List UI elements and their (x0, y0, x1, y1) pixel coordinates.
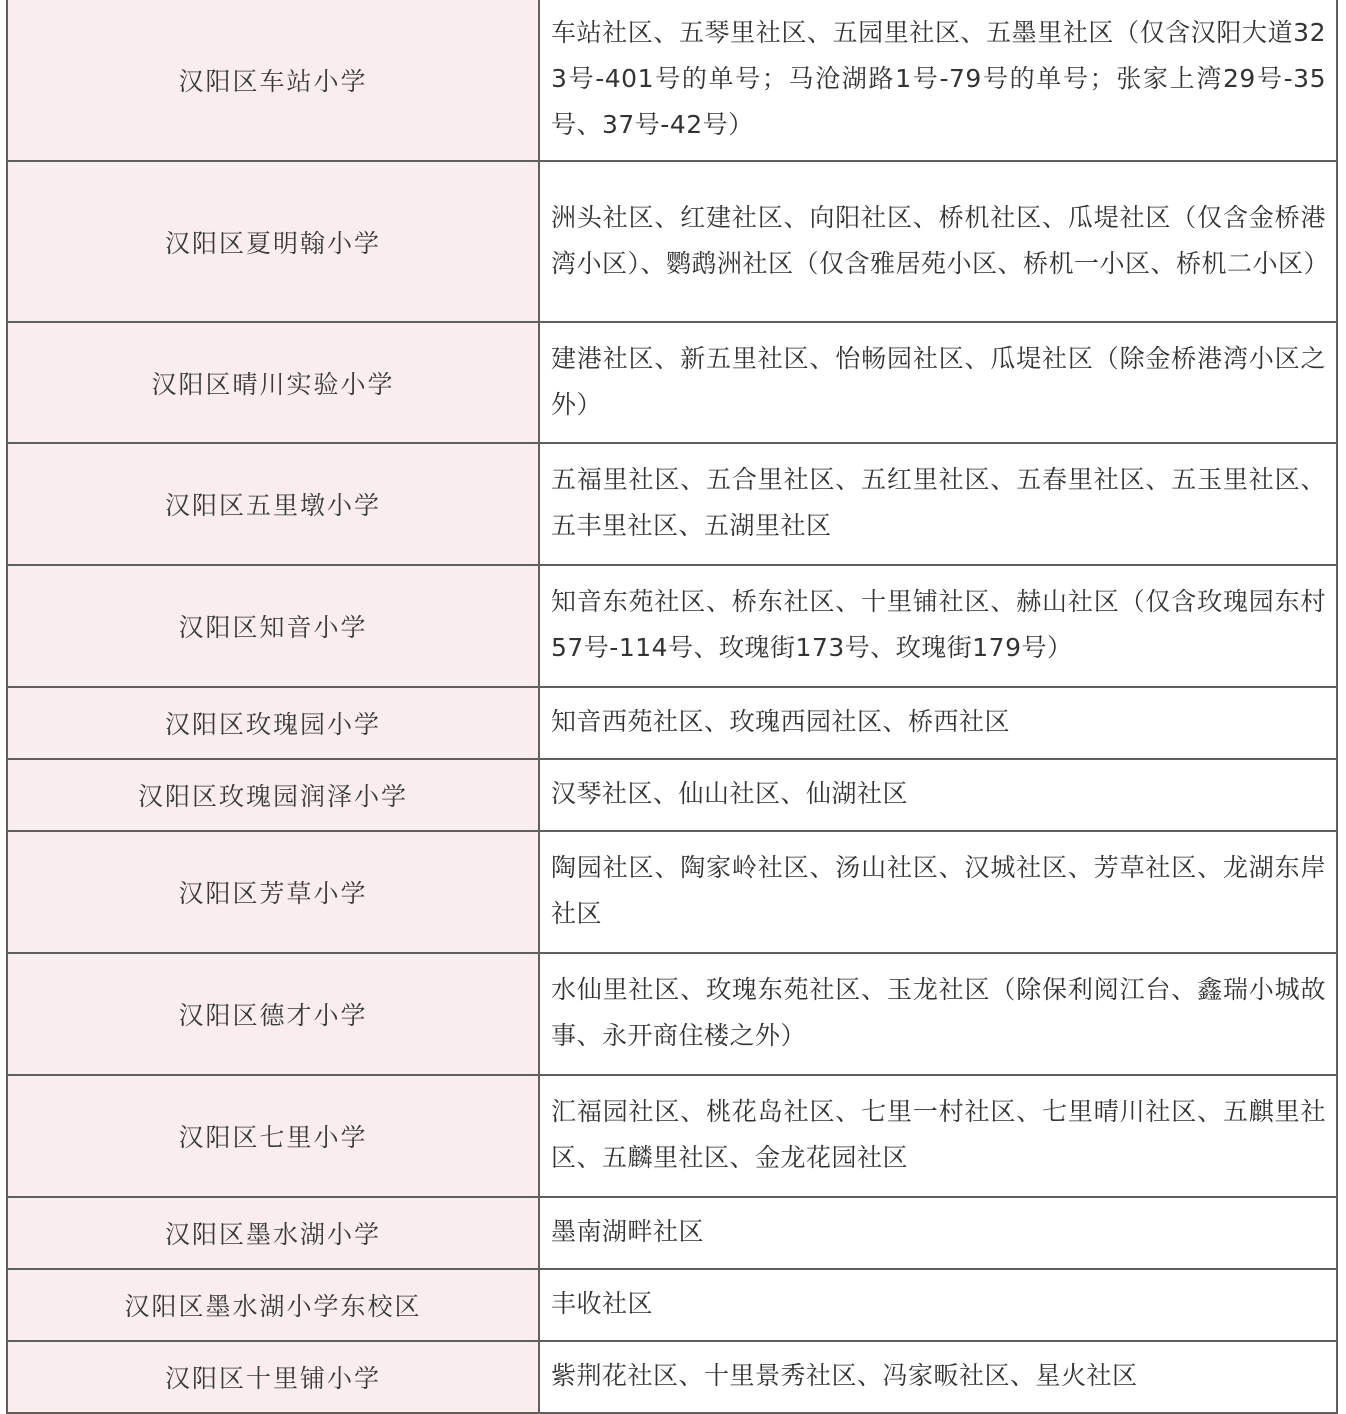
school-name-cell: 汉阳区车站小学 (7, 0, 539, 161)
school-name-cell: 汉阳区知音小学 (7, 565, 539, 687)
table-row: 汉阳区十里铺小学 紫荆花社区、十里景秀社区、冯家畈社区、星火社区 (7, 1341, 1337, 1412)
district-area-cell: 知音西苑社区、玫瑰西园社区、桥西社区 (539, 687, 1337, 759)
district-area-cell: 汇福园社区、桃花岛社区、七里一村社区、七里晴川社区、五麒里社区、五麟里社区、金龙… (539, 1075, 1337, 1197)
district-area-cell: 知音东苑社区、桥东社区、十里铺社区、赫山社区（仅含玫瑰园东村57号-114号、玫… (539, 565, 1337, 687)
school-name-cell: 汉阳区墨水湖小学东校区 (7, 1269, 539, 1341)
district-area-cell: 建港社区、新五里社区、怡畅园社区、瓜堤社区（除金桥港湾小区之外） (539, 322, 1337, 443)
table-row: 汉阳区夏明翰小学 洲头社区、红建社区、向阳社区、桥机社区、瓜堤社区（仅含金桥港湾… (7, 161, 1337, 322)
district-area-cell: 洲头社区、红建社区、向阳社区、桥机社区、瓜堤社区（仅含金桥港湾小区）、鹦鹉洲社区… (539, 161, 1337, 322)
table-row: 汉阳区墨水湖小学东校区 丰收社区 (7, 1269, 1337, 1341)
school-name-cell: 汉阳区芳草小学 (7, 831, 539, 953)
school-name-cell: 汉阳区德才小学 (7, 953, 539, 1075)
table-row: 汉阳区晴川实验小学 建港社区、新五里社区、怡畅园社区、瓜堤社区（除金桥港湾小区之… (7, 322, 1337, 443)
district-area-cell: 五福里社区、五合里社区、五红里社区、五春里社区、五玉里社区、五丰里社区、五湖里社… (539, 443, 1337, 565)
school-district-table-container: 汉阳区车站小学 车站社区、五琴里社区、五园里社区、五墨里社区（仅含汉阳大道323… (6, 0, 1338, 1412)
table-row: 汉阳区知音小学 知音东苑社区、桥东社区、十里铺社区、赫山社区（仅含玫瑰园东村57… (7, 565, 1337, 687)
school-name-cell: 汉阳区十里铺小学 (7, 1341, 539, 1412)
school-name-cell: 汉阳区七里小学 (7, 1075, 539, 1197)
school-district-table: 汉阳区车站小学 车站社区、五琴里社区、五园里社区、五墨里社区（仅含汉阳大道323… (6, 0, 1338, 1412)
table-row: 汉阳区七里小学 汇福园社区、桃花岛社区、七里一村社区、七里晴川社区、五麒里社区、… (7, 1075, 1337, 1197)
district-area-cell: 紫荆花社区、十里景秀社区、冯家畈社区、星火社区 (539, 1341, 1337, 1412)
table-row: 汉阳区车站小学 车站社区、五琴里社区、五园里社区、五墨里社区（仅含汉阳大道323… (7, 0, 1337, 161)
table-row: 汉阳区墨水湖小学 墨南湖畔社区 (7, 1197, 1337, 1269)
district-area-cell: 水仙里社区、玫瑰东苑社区、玉龙社区（除保利阅江台、鑫瑞小城故事、永开商住楼之外） (539, 953, 1337, 1075)
table-row: 汉阳区玫瑰园润泽小学 汉琴社区、仙山社区、仙湖社区 (7, 759, 1337, 831)
district-area-cell: 丰收社区 (539, 1269, 1337, 1341)
school-name-cell: 汉阳区夏明翰小学 (7, 161, 539, 322)
school-name-cell: 汉阳区晴川实验小学 (7, 322, 539, 443)
district-area-cell: 陶园社区、陶家岭社区、汤山社区、汉城社区、芳草社区、龙湖东岸社区 (539, 831, 1337, 953)
table-row: 汉阳区五里墩小学 五福里社区、五合里社区、五红里社区、五春里社区、五玉里社区、五… (7, 443, 1337, 565)
table-row: 汉阳区芳草小学 陶园社区、陶家岭社区、汤山社区、汉城社区、芳草社区、龙湖东岸社区 (7, 831, 1337, 953)
district-area-cell: 汉琴社区、仙山社区、仙湖社区 (539, 759, 1337, 831)
school-name-cell: 汉阳区五里墩小学 (7, 443, 539, 565)
table-row: 汉阳区德才小学 水仙里社区、玫瑰东苑社区、玉龙社区（除保利阅江台、鑫瑞小城故事、… (7, 953, 1337, 1075)
district-area-cell: 墨南湖畔社区 (539, 1197, 1337, 1269)
school-name-cell: 汉阳区玫瑰园润泽小学 (7, 759, 539, 831)
school-name-cell: 汉阳区墨水湖小学 (7, 1197, 539, 1269)
school-name-cell: 汉阳区玫瑰园小学 (7, 687, 539, 759)
table-row: 汉阳区玫瑰园小学 知音西苑社区、玫瑰西园社区、桥西社区 (7, 687, 1337, 759)
district-area-cell: 车站社区、五琴里社区、五园里社区、五墨里社区（仅含汉阳大道323号-401号的单… (539, 0, 1337, 161)
